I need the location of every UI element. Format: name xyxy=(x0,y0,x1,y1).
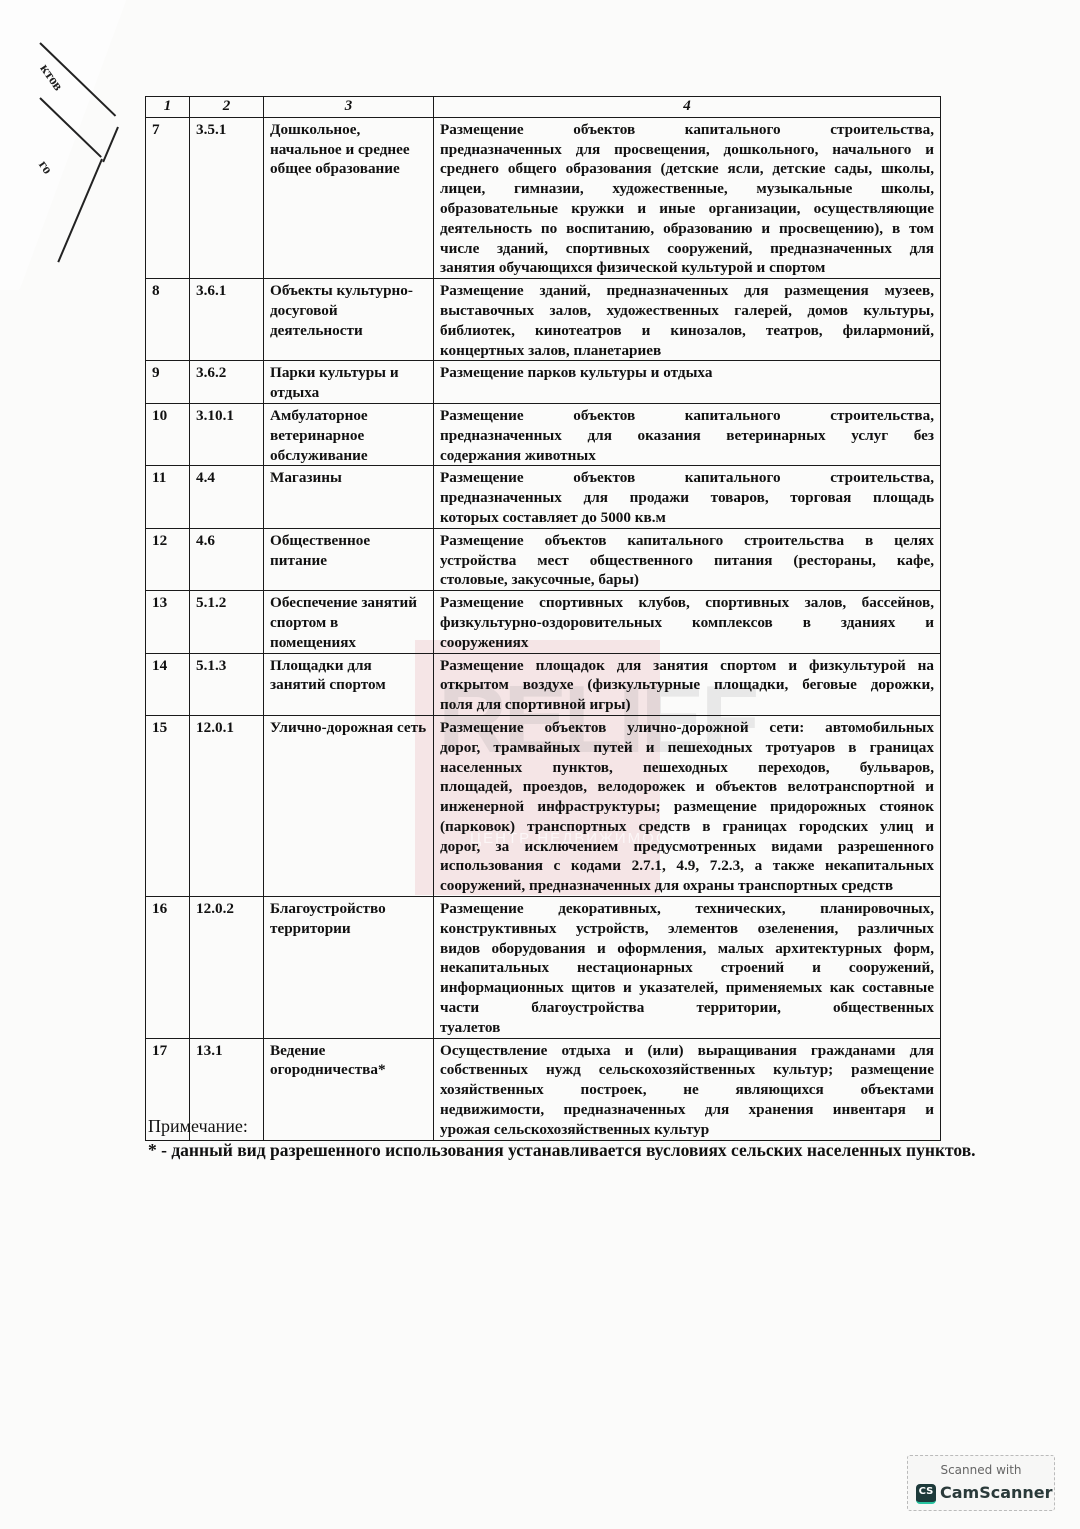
use-code: 4.4 xyxy=(190,466,264,528)
description-line: информационных щитов и указателей, приме… xyxy=(440,978,934,998)
table-row: 83.6.1Объекты культурно-досуговой деятел… xyxy=(146,279,941,361)
use-code: 3.6.2 xyxy=(190,361,264,404)
use-description: Размещение объектов улично-дорожной сети… xyxy=(434,715,941,896)
table-row: 135.1.2Обеспечение занятий спортом в пом… xyxy=(146,591,941,653)
description-line: среднего общего образования (детские ясл… xyxy=(440,159,934,179)
table-row: 103.10.1Амбулаторное ветеринарное обслуж… xyxy=(146,403,941,465)
use-code: 5.1.3 xyxy=(190,653,264,715)
column-header: 2 xyxy=(190,97,264,118)
table-row: 124.6Общественное питаниеРазмещение объе… xyxy=(146,528,941,590)
use-description: Размещение объектов капитального строите… xyxy=(434,403,941,465)
fold-border-line xyxy=(102,127,119,163)
description-line: выставочных залов, художественных галере… xyxy=(440,301,934,321)
description-line: лицеи, гимназии, художественные, музыкал… xyxy=(440,179,934,199)
description-line: инженерной инфраструктуры; размещение пр… xyxy=(440,797,934,817)
table-row: 1512.0.1Улично-дорожная сетьРазмещение о… xyxy=(146,715,941,896)
use-code: 5.1.2 xyxy=(190,591,264,653)
description-line: Размещение площадок для занятия спортом … xyxy=(440,656,934,676)
fold-border-line xyxy=(57,159,103,263)
row-number: 11 xyxy=(146,466,190,528)
land-use-table: 1 2 3 4 73.5.1Дошкольное, начальное и ср… xyxy=(145,96,941,1141)
camscanner-name: CamScanner xyxy=(940,1483,1053,1502)
note-title: Примечание: xyxy=(148,1114,988,1138)
description-line: собственных нужд сельскохозяйственных ку… xyxy=(440,1060,934,1080)
description-line: части благоустройства территории, общест… xyxy=(440,998,934,1018)
description-line: некапитальных нестационарных строений и … xyxy=(440,958,934,978)
description-line: хозяйственных построек, не являющихся об… xyxy=(440,1080,934,1100)
description-line: содержания животных xyxy=(440,446,934,466)
table-row: 73.5.1Дошкольное, начальное и среднее об… xyxy=(146,117,941,278)
use-description: Размещение декоративных, технических, пл… xyxy=(434,897,941,1039)
description-line: образовательные кружки и иные организаци… xyxy=(440,199,934,219)
description-line: физкультурно-оздоровительных комплексов … xyxy=(440,613,934,633)
use-name: Площадки для занятий спортом xyxy=(264,653,434,715)
table-header-row: 1 2 3 4 xyxy=(146,97,941,118)
description-line: Размещение объектов капитального строите… xyxy=(440,468,934,488)
table-body: 73.5.1Дошкольное, начальное и среднее об… xyxy=(146,117,941,1140)
description-line: туалетов xyxy=(440,1018,934,1038)
description-line: (парковок) транспортных средств в границ… xyxy=(440,817,934,837)
description-line: сооружений, предназначенных для охраны т… xyxy=(440,876,934,896)
row-number: 8 xyxy=(146,279,190,361)
column-header: 3 xyxy=(264,97,434,118)
description-line: дорог, за исключением предусмотренных ви… xyxy=(440,837,934,857)
row-number: 14 xyxy=(146,653,190,715)
description-line: Размещение зданий, предназначенных для р… xyxy=(440,281,934,301)
use-description: Размещение объектов капитального строите… xyxy=(434,528,941,590)
table-row: 93.6.2Парки культуры и отдыхаРазмещение … xyxy=(146,361,941,404)
description-line: использования с кодами 2.7.1, 4.9, 7.2.3… xyxy=(440,856,934,876)
description-line: библиотек, кинотеатров и кинозалов, теат… xyxy=(440,321,934,341)
use-name: Магазины xyxy=(264,466,434,528)
description-line: Размещение объектов капитального строите… xyxy=(440,406,934,426)
use-name: Амбулаторное ветеринарное обслуживание xyxy=(264,403,434,465)
use-description: Размещение площадок для занятия спортом … xyxy=(434,653,941,715)
description-line: открытом воздухе (физкультурные площадки… xyxy=(440,675,934,695)
description-line: концертных залов, планетариев xyxy=(440,341,934,361)
description-line: деятельность по воспитанию, образованию … xyxy=(440,219,934,239)
description-line: занятия обучающихся физической культурой… xyxy=(440,258,934,278)
use-code: 3.10.1 xyxy=(190,403,264,465)
description-line: Размещение парков культуры и отдыха xyxy=(440,363,934,383)
row-number: 10 xyxy=(146,403,190,465)
description-line: столовые, закусочные, бары) xyxy=(440,570,934,590)
description-line: Размещение спортивных клубов, спортивных… xyxy=(440,593,934,613)
table-row: 1612.0.2Благоустройство территорииРазмещ… xyxy=(146,897,941,1039)
description-line: Размещение объектов улично-дорожной сети… xyxy=(440,718,934,738)
description-line: предназначенных для оказания ветеринарны… xyxy=(440,426,934,446)
column-header: 4 xyxy=(434,97,941,118)
camscanner-badge: Scanned with CS CamScanner xyxy=(907,1455,1055,1511)
use-description: Размещение объектов капитального строите… xyxy=(434,466,941,528)
use-name: Общественное питание xyxy=(264,528,434,590)
description-line: населенных пунктов, пешеходных переходов… xyxy=(440,758,934,778)
description-line: дорог, трамвайных путей и пешеходных тро… xyxy=(440,738,934,758)
description-line: числе зданий, спортивных сооружений, пре… xyxy=(440,239,934,259)
use-name: Парки культуры и отдыха xyxy=(264,361,434,404)
description-line: сооружениях xyxy=(440,633,934,653)
use-code: 3.5.1 xyxy=(190,117,264,278)
use-description: Размещение спортивных клубов, спортивных… xyxy=(434,591,941,653)
use-code: 4.6 xyxy=(190,528,264,590)
use-name: Улично-дорожная сеть xyxy=(264,715,434,896)
description-line: устройства мест общественного питания (р… xyxy=(440,551,934,571)
description-line: конструктивных устройств, элементов озел… xyxy=(440,919,934,939)
description-line: предназначенных для продажи товаров, тор… xyxy=(440,488,934,508)
use-name: Дошкольное, начальное и среднее общее об… xyxy=(264,117,434,278)
description-line: поля для спортивной игры) xyxy=(440,695,934,715)
row-number: 12 xyxy=(146,528,190,590)
use-code: 12.0.1 xyxy=(190,715,264,896)
column-header: 1 xyxy=(146,97,190,118)
row-number: 13 xyxy=(146,591,190,653)
table-row: 114.4МагазиныРазмещение объектов капитал… xyxy=(146,466,941,528)
description-line: видов оборудования и оформления, малых а… xyxy=(440,939,934,959)
use-description: Размещение зданий, предназначенных для р… xyxy=(434,279,941,361)
description-line: Размещение объектов капитального строите… xyxy=(440,120,934,140)
camscanner-logo-icon: CS xyxy=(916,1484,936,1504)
description-line: Размещение декоративных, технических, пл… xyxy=(440,899,934,919)
description-line: Размещение объектов капитального строите… xyxy=(440,531,934,551)
table-row: 145.1.3Площадки для занятий спортомРазме… xyxy=(146,653,941,715)
row-number: 7 xyxy=(146,117,190,278)
use-name: Объекты культурно-досуговой деятельности xyxy=(264,279,434,361)
use-name: Благоустройство территории xyxy=(264,897,434,1039)
description-line: предназначенных для просвещения, дошколь… xyxy=(440,140,934,160)
description-line: Осуществление отдыха и (или) выращивания… xyxy=(440,1041,934,1061)
use-description: Размещение объектов капитального строите… xyxy=(434,117,941,278)
use-name: Обеспечение занятий спортом в помещениях xyxy=(264,591,434,653)
footnote: Примечание: * - данный вид разрешенного … xyxy=(148,1114,988,1162)
use-code: 12.0.2 xyxy=(190,897,264,1039)
description-line: которых составляет до 5000 кв.м xyxy=(440,508,934,528)
use-description: Размещение парков культуры и отдыха xyxy=(434,361,941,404)
row-number: 15 xyxy=(146,715,190,896)
description-line: площадей, проездов, велодорожек и объект… xyxy=(440,777,934,797)
use-code: 3.6.1 xyxy=(190,279,264,361)
note-text: * - данный вид разрешенного использовани… xyxy=(148,1138,988,1162)
scanned-with-label: Scanned with xyxy=(908,1463,1054,1477)
row-number: 16 xyxy=(146,897,190,1039)
row-number: 9 xyxy=(146,361,190,404)
